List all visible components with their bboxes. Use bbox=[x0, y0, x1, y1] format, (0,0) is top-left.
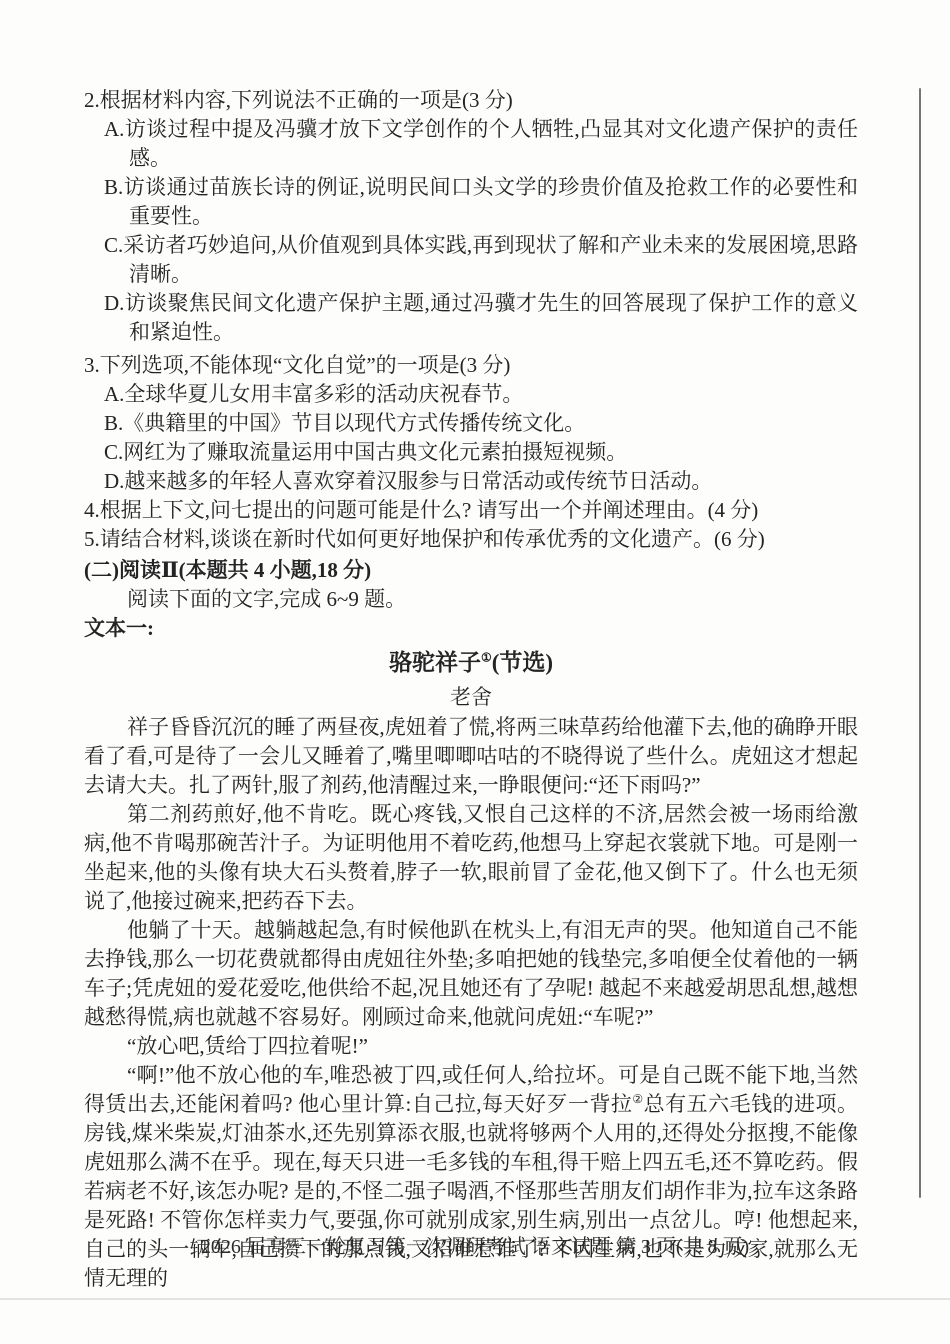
question-2: 2.根据材料内容,下列说法不正确的一项是(3 分) A.访谈过程中提及冯骥才放下… bbox=[84, 86, 858, 347]
question-5-stem: 5.请结合材料,谈谈在新时代如何更好地保护和传承优秀的文化遗产。(6 分) bbox=[84, 525, 858, 554]
text-one-label: 文本一: bbox=[84, 614, 858, 643]
question-2-stem: 2.根据材料内容,下列说法不正确的一项是(3 分) bbox=[84, 86, 858, 115]
exam-paper-page: 2.根据材料内容,下列说法不正确的一项是(3 分) A.访谈过程中提及冯骥才放下… bbox=[0, 0, 950, 1344]
question-3-option-b: B.《典籍里的中国》节目以现代方式传播传统文化。 bbox=[84, 409, 858, 438]
question-3-option-d: D.越来越多的年轻人喜欢穿着汉服参与日常活动或传统节日活动。 bbox=[84, 467, 858, 496]
question-2-option-b: B.访谈通过苗族长诗的例证,说明民间口头文学的珍贵价值及抢救工作的必要性和重要性… bbox=[84, 173, 858, 231]
question-2-option-c: C.采访者巧妙追问,从价值观到具体实践,再到现状了解和产业未来的发展困境,思路清… bbox=[84, 231, 858, 289]
question-4-stem: 4.根据上下文,问七提出的问题可能是什么? 请写出一个并阐述理由。(4 分) bbox=[84, 496, 858, 525]
passage-title-main: 骆驼祥子 bbox=[389, 650, 481, 675]
question-3-option-c: C.网红为了赚取流量运用中国古典文化元素拍摄短视频。 bbox=[84, 438, 858, 467]
question-3-option-a: A.全球华夏儿女用丰富多彩的活动庆祝春节。 bbox=[84, 380, 858, 409]
question-3-stem: 3.下列选项,不能体现“文化自觉”的一项是(3 分) bbox=[84, 351, 858, 380]
question-2-option-a: A.访谈过程中提及冯骥才放下文学创作的个人牺牲,凸显其对文化遗产保护的责任感。 bbox=[84, 115, 858, 173]
footnote-marker-2: ② bbox=[632, 1092, 643, 1106]
question-2-option-d: D.访谈聚焦民间文化遗产保护主题,通过冯骥才先生的回答展现了保护工作的意义和紧迫… bbox=[84, 289, 858, 347]
scan-edge-vertical-line bbox=[919, 88, 921, 1198]
exam-content: 2.根据材料内容,下列说法不正确的一项是(3 分) A.访谈过程中提及冯骥才放下… bbox=[84, 86, 858, 1293]
section-2-heading: (二)阅读Ⅱ(本题共 4 小题,18 分) bbox=[84, 556, 858, 585]
scan-edge-horizontal-line bbox=[0, 1298, 950, 1300]
passage-author: 老舍 bbox=[84, 681, 858, 713]
passage-paragraph-2: 第二剂药煎好,他不肯吃。既心疼钱,又恨自己这样的不济,居然会被一场雨给激病,他不… bbox=[84, 800, 858, 916]
passage-paragraph-4: “放心吧,赁给丁四拉着呢!” bbox=[84, 1032, 858, 1061]
page-footer: 2026 届高三一轮复习第一次调研考试 语文试题 第 3 页(共 8 页) bbox=[0, 1230, 950, 1259]
question-3: 3.下列选项,不能体现“文化自觉”的一项是(3 分) A.全球华夏儿女用丰富多彩… bbox=[84, 351, 858, 496]
passage-paragraph-5-text-continued: 总有五六毛钱的进项。房钱,煤米柴炭,灯油茶水,还先别算添衣服,也就将够两个人用的… bbox=[84, 1092, 858, 1290]
passage-title-suffix: (节选) bbox=[492, 650, 553, 675]
passage-title: 骆驼祥子①(节选) bbox=[84, 645, 858, 681]
passage-paragraph-3: 他躺了十天。越躺越起急,有时候他趴在枕头上,有泪无声的哭。他知道自己不能去挣钱,… bbox=[84, 916, 858, 1032]
passage-paragraph-1: 祥子昏昏沉沉的睡了两昼夜,虎妞着了慌,将两三味草药给他灌下去,他的确睁开眼看了看… bbox=[84, 713, 858, 800]
footnote-marker-1: ① bbox=[481, 650, 492, 664]
section-2-instruction: 阅读下面的文字,完成 6~9 题。 bbox=[84, 585, 858, 614]
